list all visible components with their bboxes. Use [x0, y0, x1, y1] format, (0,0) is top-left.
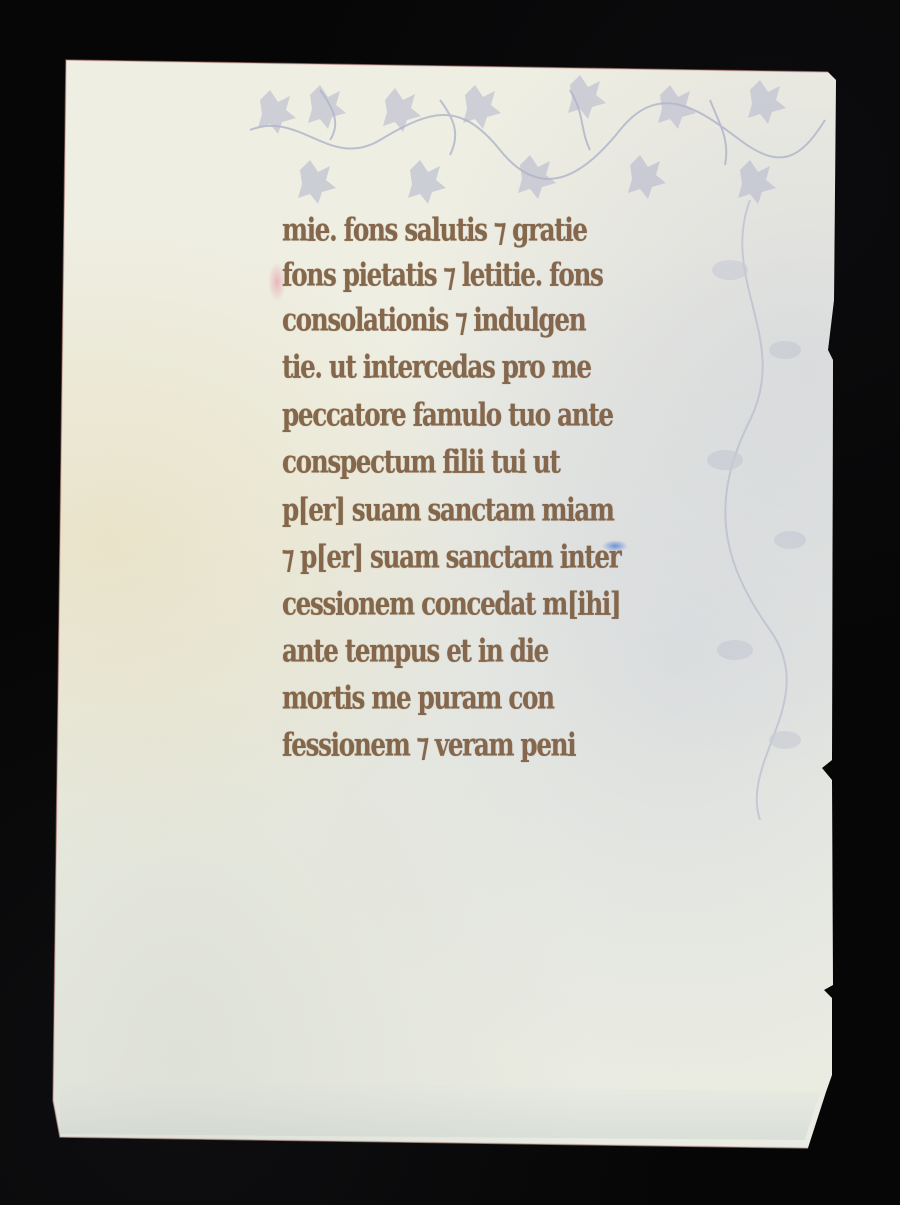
text-line-9: cessionem concedat m[ihi]: [282, 586, 620, 623]
text-line-3: consolationis ⁊ indulgen: [282, 302, 585, 339]
text-line-11: mortis me puram con: [282, 680, 554, 717]
text-line-7: p[er] suam sanctam miam: [282, 492, 614, 529]
text-line-5: peccatore famulo tuo ante: [282, 397, 613, 434]
text-line-10: ante tempus et in die: [282, 633, 548, 670]
text-line-12: fessionem ⁊ veram peni: [282, 727, 575, 764]
foliate-border-show-through: [240, 70, 830, 210]
right-margin-vine-show-through: [690, 200, 830, 820]
text-line-6: conspectum filii tui ut: [282, 444, 560, 481]
vellum-leaf: mie. fons salutis ⁊ gratie fons pietatis…: [0, 0, 900, 1205]
lower-edge-shadow: [60, 1080, 820, 1140]
text-line-4: tie. ut intercedas pro me: [282, 349, 591, 386]
text-line-2: fons pietatis ⁊ letitie. fons: [282, 257, 603, 294]
text-line-8: ⁊ p[er] suam sanctam inter: [282, 539, 620, 576]
text-line-1: mie. fons salutis ⁊ gratie: [282, 212, 587, 249]
